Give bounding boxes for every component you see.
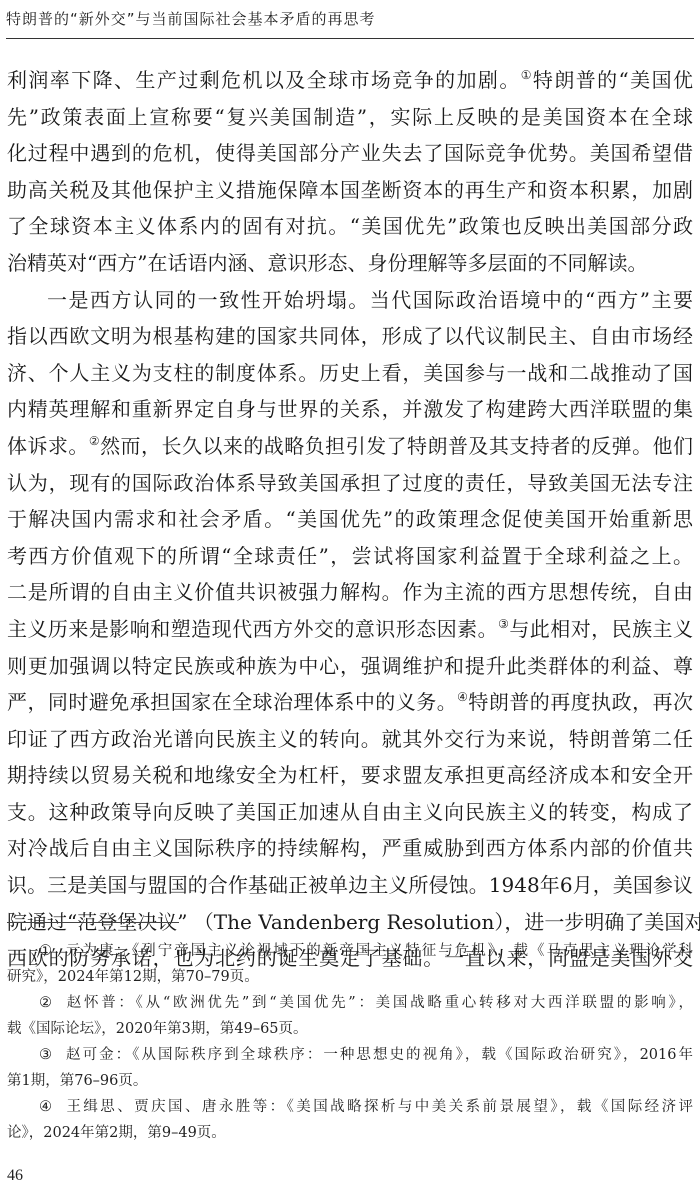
body-line: 则更加强调以特定民族或种族为中心，强调维护和提升此类群体的利益、尊 [7, 648, 693, 685]
body-line: 二是所谓的自由主义价值共识被强力解构。作为主流的西方思想传统，自由 [7, 574, 693, 611]
footnote-text: 赵怀普：《从“欧洲优先”到“美国优先”：美国战略重心转移对大西洋联盟的影响》， [67, 995, 693, 1011]
page-number: 46 [7, 1167, 23, 1185]
text-run: 与此相对，民族主义 [509, 617, 693, 641]
body-line: 化过程中遇到的危机，使得美国部分产业失去了国际竞争优势。美国希望借 [7, 135, 693, 172]
body-line: 支。这种政策导向反映了美国正加速从自由主义向民族主义的转变，构成了 [7, 794, 693, 831]
body-line: 利润率下降、生产过剩危机以及全球市场竞争的加剧。①特朗普的“美国优 [7, 62, 693, 99]
footnote-mark: ① [39, 943, 54, 959]
body-line: 先”政策表面上宣称要“复兴美国制造”，实际上反映的是美国资本在全球 [7, 99, 693, 136]
body-line: 期持续以贸易关税和地缘安全为杠杆，要求盟友承担更高经济成本和安全开 [7, 757, 693, 794]
footnote-ref-1[interactable]: ① [521, 68, 533, 82]
footnote-ref-3[interactable]: ③ [498, 617, 509, 631]
footnote-mark: ③ [39, 1047, 54, 1063]
footnote-2-cont: 载《国际论坛》，2020年第3期，第49–65页。 [7, 1016, 693, 1042]
footnotes: ①亓为康：《列宁帝国主义论视域下的新帝国主义特征与危机》，载《马克思主义理论学科… [7, 938, 693, 1146]
text-run: 利润率下降、生产过剩危机以及全球市场竞争的加剧。 [7, 68, 521, 92]
body-line: 指以西欧文明为根基构建的国家共同体，形成了以代议制民主、自由市场经 [7, 318, 693, 355]
body-line: 了全球资本主义体系内的固有对抗。“美国优先”政策也反映出美国部分政 [7, 208, 693, 245]
footnote-3-cont: 第1期，第76–96页。 [7, 1068, 693, 1094]
body-line: 识。三是美国与盟国的合作基础正被单边主义所侵蚀。1948年6月，美国参议 [7, 867, 693, 904]
body-line: 内精英理解和重新界定自身与世界的关系，并激发了构建跨大西洋联盟的集 [7, 391, 693, 428]
footnote-4-cont: 论》，2024年第2期，第9–49页。 [7, 1120, 693, 1146]
text-run: 特朗普的再度执政，再次 [468, 690, 693, 714]
running-header: 特朗普的“新外交”与当前国际社会基本矛盾的再思考 [6, 8, 694, 29]
body-line: 对冷战后自由主义国际秩序的持续解构，严重威胁到西方体系内部的价值共 [7, 830, 693, 867]
body-line: 考西方价值观下的所谓“全球责任”，尝试将国家利益置于全球利益之上。 [7, 538, 693, 575]
text-run: 然而，长久以来的战略负担引发了特朗普及其支持者的反弹。他们 [100, 434, 693, 458]
footnote-text: 王缉思、贾庆国、唐永胜等：《美国战略探析与中美关系前景展望》，载《国际经济评 [66, 1099, 693, 1115]
text-run: 体诉求。 [7, 434, 89, 458]
footnote-3: ③赵可金：《从国际秩序到全球秩序：一种思想史的视角》，载《国际政治研究》，201… [7, 1042, 693, 1068]
body-text: 利润率下降、生产过剩危机以及全球市场竞争的加剧。①特朗普的“美国优 先”政策表面… [7, 62, 693, 977]
body-line: 济、个人主义为支柱的制度体系。历史上看，美国参与一战和二战推动了国 [7, 355, 693, 392]
body-line: 治精英对“西方”在话语内涵、意识形态、身份理解等多层面的不同解读。 [7, 245, 693, 282]
text-run: 主义历来是影响和塑造现代西方外交的意识形态因素。 [7, 617, 498, 641]
footnote-1: ①亓为康：《列宁帝国主义论视域下的新帝国主义特征与危机》，载《马克思主义理论学科 [7, 938, 693, 964]
body-line: 一是西方认同的一致性开始坍塌。当代国际政治语境中的“西方”主要 [7, 282, 693, 319]
footnote-text: 赵可金：《从国际秩序到全球秩序：一种思想史的视角》，载《国际政治研究》，2016… [66, 1047, 693, 1063]
footnote-ref-2[interactable]: ② [89, 434, 100, 448]
body-line: 助高关税及其他保护主义措施保障本国垄断资本的再生产和资本积累，加剧 [7, 172, 693, 209]
footnote-4: ④王缉思、贾庆国、唐永胜等：《美国战略探析与中美关系前景展望》，载《国际经济评 [7, 1094, 693, 1120]
text-run: 严，同时避免承担国家在全球治理体系中的义务。 [7, 690, 457, 714]
footnote-ref-4[interactable]: ④ [457, 690, 468, 704]
footnote-2: ②赵怀普：《从“欧洲优先”到“美国优先”：美国战略重心转移对大西洋联盟的影响》， [7, 990, 693, 1016]
body-line: 严，同时避免承担国家在全球治理体系中的义务。④特朗普的再度执政，再次 [7, 684, 693, 721]
body-line: 于解决国内需求和社会矛盾。“美国优先”的政策理念促使美国开始重新思 [7, 501, 693, 538]
body-line: 印证了西方政治光谱向民族主义的转向。就其外交行为来说，特朗普第二任 [7, 721, 693, 758]
body-line: 体诉求。②然而，长久以来的战略负担引发了特朗普及其支持者的反弹。他们 [7, 428, 693, 465]
footnote-separator [7, 922, 179, 923]
body-line: 主义历来是影响和塑造现代西方外交的意识形态因素。③与此相对，民族主义 [7, 611, 693, 648]
footnote-1-cont: 研究》，2024年第12期，第70–79页。 [7, 964, 693, 990]
footnote-text: 亓为康：《列宁帝国主义论视域下的新帝国主义特征与危机》，载《马克思主义理论学科 [66, 943, 693, 959]
header-rule [6, 38, 694, 39]
text-run: 特朗普的“美国优 [533, 68, 693, 92]
body-line: 认为，现有的国际政治体系导致美国承担了过度的责任，导致美国无法专注 [7, 465, 693, 502]
footnote-mark: ④ [39, 1099, 54, 1115]
footnote-mark: ② [39, 995, 55, 1011]
